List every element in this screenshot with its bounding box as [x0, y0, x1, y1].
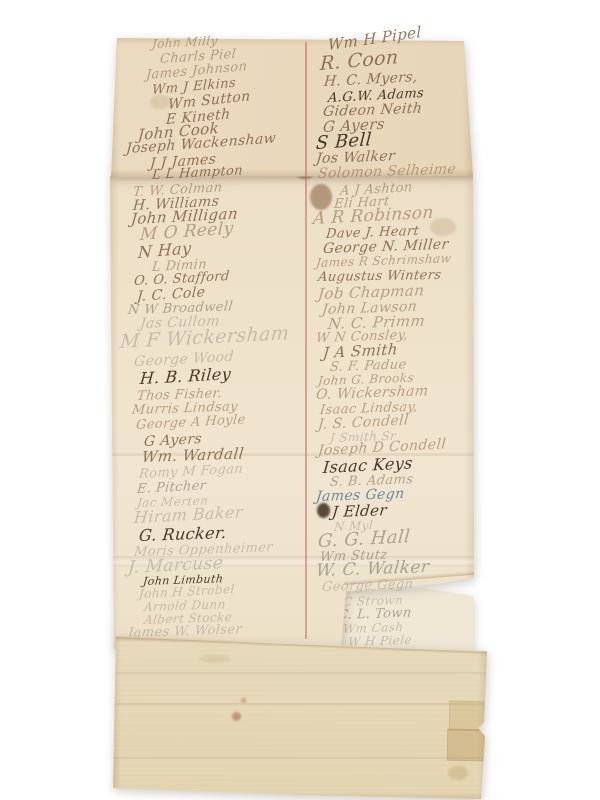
signature: John Lawson — [321, 300, 418, 317]
signature: J. Marcuse — [127, 555, 224, 577]
signature: G Ayers — [143, 432, 202, 449]
signature: M O Reely — [139, 220, 234, 244]
signature: Wm Stutz — [319, 549, 388, 564]
signature: Wm J Elkins — [152, 77, 237, 97]
rust-stain — [232, 712, 241, 721]
signature: R. Coon — [319, 48, 399, 74]
signature: Hiram Baker — [133, 504, 243, 526]
signature: James Johnson — [146, 60, 248, 82]
torn-edge — [344, 571, 476, 585]
signature: Wm. Wardall — [141, 446, 244, 465]
signature: Solomon Selheime — [317, 162, 457, 181]
fold-crease — [113, 703, 487, 705]
signature: Arnold Dunn — [143, 598, 226, 613]
signature: S. F. Padue — [329, 358, 407, 374]
signature: H. B. Riley — [139, 366, 232, 387]
ink-speck — [99, 580, 104, 585]
signatures-layer: John MillyCharls PielJames JohnsonWm J E… — [0, 0, 600, 800]
photo-backdrop: C StrownC. L. TownWm CashW H Piele John … — [0, 0, 600, 800]
signature: John Limbuth — [142, 573, 224, 587]
signature: George Gegn — [321, 578, 414, 594]
signature: W N Consley, — [315, 329, 409, 345]
signature: Charls Piel — [160, 48, 237, 66]
signature: Romy M Fogan — [138, 463, 243, 482]
signature: N Myl — [333, 519, 373, 533]
signature: S Bell — [315, 131, 372, 153]
signature: Joseph Wackenshaw — [126, 131, 277, 156]
signature: J. C. Cole — [137, 285, 206, 304]
signature: O. Wickersham — [315, 384, 429, 402]
signature: John Milly — [151, 35, 218, 51]
signature: E. Pitcher — [136, 479, 207, 496]
ink-blot — [317, 503, 330, 518]
signature: W. C. Walker — [315, 559, 430, 580]
signature: Murris Lindsay — [131, 400, 238, 417]
signature: Isaac Keys — [322, 455, 413, 476]
signature: Wm Sutton — [168, 89, 251, 112]
signature: Jac Merten — [136, 494, 209, 509]
signature: T. W. Colman — [132, 181, 223, 199]
signature: John Milligan — [130, 206, 238, 227]
main-signature-sheet — [0, 0, 600, 800]
signature: Moris Oppenheimer — [133, 541, 273, 559]
signature: S. B. Adams — [329, 473, 414, 489]
signature: J A Smith — [322, 342, 398, 361]
signature: J J James — [150, 152, 217, 171]
signature: N W Broadwell — [127, 300, 233, 317]
fold-crease — [110, 556, 474, 567]
signature: A.G.W. Adams — [327, 87, 424, 105]
signature: Joseph D Condell — [317, 437, 446, 458]
rust-stain — [241, 698, 246, 703]
signature: N. C. Primm — [327, 314, 426, 332]
signature: L Dimin — [151, 258, 207, 274]
tape-repair — [447, 729, 487, 762]
paper-stain — [430, 218, 456, 236]
signature: G. G. Hall — [317, 528, 411, 551]
pasted-seam — [111, 174, 473, 177]
signature: Thos Fisher. — [136, 387, 223, 403]
signature: A R Robinson — [312, 205, 434, 228]
signature: M F Wickersham — [119, 324, 290, 352]
signature: James R Schrimshaw — [315, 252, 452, 269]
signature: James W. Wolser — [127, 623, 242, 640]
signature: Gideon Neith — [322, 102, 423, 120]
signature: H. Williams — [132, 194, 219, 213]
paper-edge-shading — [113, 636, 487, 799]
fold-crease — [113, 672, 487, 674]
paper-stain — [200, 655, 230, 663]
tape-repair — [449, 701, 488, 732]
signature: John H Strobel — [138, 583, 235, 600]
signature: Jos Walker — [315, 149, 396, 166]
signature: James Gegn — [315, 487, 405, 504]
top-signature-sheet — [0, 0, 600, 800]
signature: Wm H Pipel — [328, 25, 422, 53]
signature: J Smith Sr — [329, 430, 397, 444]
signature: Wm Cash — [342, 621, 404, 635]
signature: N Hay — [138, 240, 192, 261]
signature: L L Hampton — [151, 164, 243, 182]
signature: George Wood — [133, 350, 234, 369]
signature: A J Ashton — [339, 181, 413, 198]
sheet-top-edge — [114, 637, 488, 655]
signature: W C Lee — [151, 637, 206, 651]
signature: Eli Hart — [333, 195, 390, 211]
fold-crease — [113, 757, 487, 759]
paper-edge-shading — [110, 176, 474, 649]
signature: E Kineth — [166, 107, 231, 127]
signature: G Ayers — [322, 117, 385, 135]
signature: George A Hoyle — [135, 413, 246, 432]
ink-stain — [310, 184, 332, 210]
red-margin-line — [305, 42, 307, 639]
signature: George N. Miller — [322, 238, 449, 256]
signature: John G. Brooks — [317, 372, 414, 387]
signature: C. L. Town — [337, 606, 412, 622]
signature: Augustus Winters — [317, 269, 442, 284]
signature: Isaac Lindsay, — [319, 401, 418, 417]
paper-stain — [150, 95, 170, 109]
signature: John Cook — [138, 121, 220, 143]
signature: J Elder — [331, 503, 388, 520]
signature: G. Rucker. — [138, 525, 227, 544]
under-sheet-signatures: C StrownC. L. TownWm CashW H Piele — [0, 0, 600, 800]
paper-edge-shading — [111, 38, 473, 177]
signature: H. C. Myers, — [323, 70, 418, 89]
paper-stain — [448, 766, 468, 780]
fold-crease — [110, 453, 474, 456]
signature: W H Piele — [347, 634, 412, 648]
signature: C Strown — [342, 594, 403, 608]
under-sheet: C StrownC. L. TownWm CashW H Piele — [0, 0, 600, 800]
signature: Albert Stocke — [143, 611, 232, 626]
signature: Job Chapman — [317, 283, 425, 302]
signature: Jas Cullom — [139, 314, 220, 331]
signature: O. O. Stafford — [133, 270, 230, 288]
blank-bottom-sheet — [0, 0, 600, 800]
signature: Dave J. Heart — [325, 225, 420, 241]
signature: J. S. Condell — [317, 413, 409, 432]
